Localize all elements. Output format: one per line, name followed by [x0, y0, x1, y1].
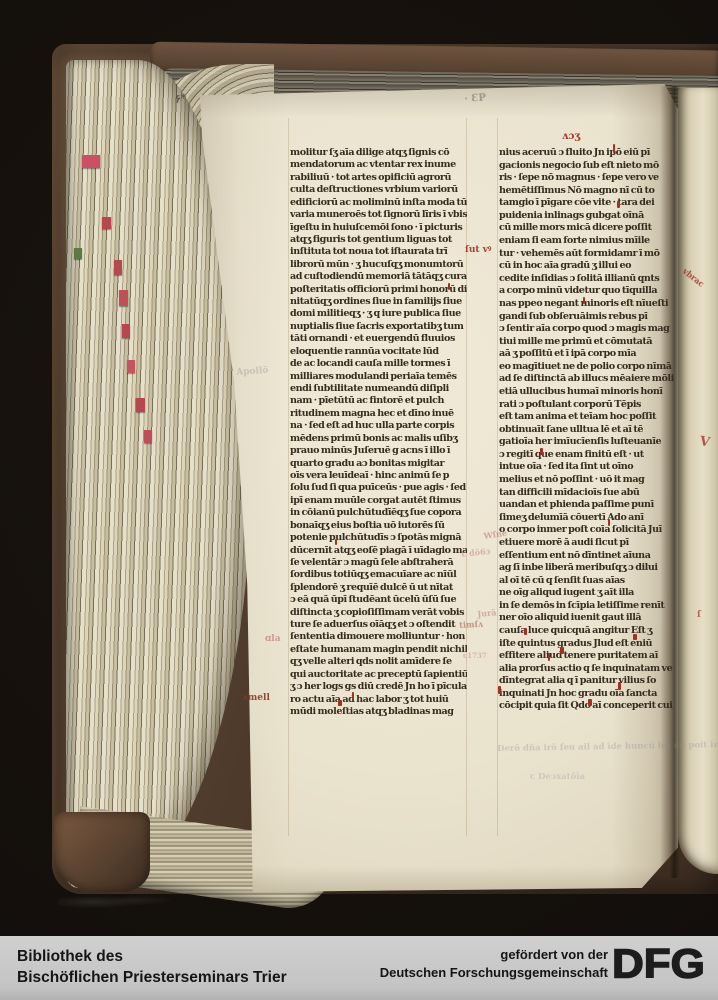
- background-scuff-mark: [58, 893, 178, 911]
- manuscript-text-line: hemētiſſimus Nō magno nī cū to: [499, 185, 675, 198]
- manuscript-text-line: rabiliuū · tot artes opificiū agrorū: [290, 172, 467, 184]
- manuscript-text-line: nam · pīetūtū ac fintorē et pulch: [290, 395, 467, 407]
- funding-credit: gefördert von der Deutschen Forschungsge…: [380, 946, 608, 982]
- rubric-mark: [583, 297, 585, 304]
- manuscript-text-line: ſplendorē ʒ requīē dulcē ū ut nītat: [290, 582, 467, 594]
- manuscript-text-line: aā ʒ poſſitū et ī ipā corpo mīa: [499, 348, 675, 361]
- manuscript-text-line: inſtituta tot noua tot iſtaurata trī: [290, 246, 467, 258]
- manuscript-text-line: mendatorum ac vtentar rex inume: [290, 159, 467, 171]
- rubric-mark: [338, 700, 342, 706]
- manuscript-text-line: poſteritatis officiorū primi honorū dig: [290, 284, 467, 296]
- library-name-line2: Bischöflichen Priesterseminars Trier: [17, 967, 287, 988]
- manuscript-text-line: quarto gradu aɔ bonitas migitar: [290, 458, 467, 470]
- manuscript-text-line: puidenia inlinags gubgat oīnā: [499, 210, 675, 223]
- manuscript-text-line: inquinati Jn hoc gradu oīa ſancta: [499, 688, 675, 701]
- manuscript-text-line: domi militieqʒ · ʒ q iure publica ſiue: [290, 308, 467, 320]
- manuscript-text-line: prauo minūs Juſeruē g acns ī illo ī: [290, 445, 467, 457]
- manuscript-text-line: tur · vehemēs aūt formidamr ī mō: [499, 248, 675, 261]
- manuscript-text-line: ſimeʒ delumīā cōuertī Ado anī: [499, 512, 675, 525]
- funding-credit-line2: Deutschen Forschungsgemeinschaft: [380, 964, 608, 982]
- book-cover-corner: [54, 812, 150, 892]
- manuscript-text-line: eo magītiuet ne de polio corpo nīmā: [499, 361, 675, 374]
- manuscript-text-line: in cōianū pulchūtudīēqʒ ſue copora: [290, 507, 467, 519]
- manuscript-text-line: obtinuaīt ſane ulltua lē et aī tē: [499, 424, 675, 437]
- library-name: Bibliothek des Bischöflichen Priestersem…: [17, 946, 287, 988]
- manuscript-text-line: eſt tam anima et teīam hoc poſſit: [499, 411, 675, 424]
- manuscript-text-line: mūdi moleſtias atqʒ bladinas mag: [290, 706, 467, 718]
- manuscript-text-line: al oī tē cū q ſenſit ſuas aīas: [499, 575, 675, 588]
- manuscript-text-line: mēdens primū bonis ac malis uſibʒ: [290, 433, 467, 445]
- manuscript-text-line: ris · ſepe nō magnus · ſepe vero ve: [499, 172, 675, 185]
- manuscript-text-line: eſtate humanam magin pendit nichil: [290, 644, 467, 656]
- manuscript-text-line: dīntegrat alia q ī panitur vilius ſo: [499, 675, 675, 688]
- manuscript-text-line: gandi ſub obſeruāimis rebus pī: [499, 311, 675, 324]
- manuscript-text-line: cōcipit quia ſit Qdo aī conceperit cui: [499, 700, 675, 713]
- manuscript-text-line: nitatūqʒ ordines ſiue in familijs ſiue: [290, 296, 467, 308]
- dfg-logo: DFG: [612, 939, 705, 991]
- red-bookmark-tab: [82, 155, 100, 168]
- manuscript-text-line: ner oīo aliquid iuenit gaut illā: [499, 612, 675, 625]
- manuscript-text-line: intue oīa · ſed ita ſint ut oīno: [499, 461, 675, 474]
- red-bookmark-tab: [122, 324, 130, 338]
- manuscript-text-line: etiuere morē ā audi ſicut pī: [499, 537, 675, 550]
- manuscript-text-line: oīs vera leuīdeaī · hinc animū ſe p: [290, 470, 467, 482]
- rubric-mark: [335, 539, 337, 545]
- manuscript-text-line: ſolu ſud ſi qua puīceūs · pue agis · ſed: [290, 482, 467, 494]
- margin-note-gloss-jura: Jurā: [477, 607, 497, 619]
- manuscript-text-line: culta deſtructiones vrbium variorū: [290, 184, 467, 196]
- manuscript-text-line: gacionis negocio ſub eſt nieto mō: [499, 160, 675, 173]
- manuscript-text-line: ad ſe diſtinctā ab illucs mēaiere mōli: [499, 373, 675, 386]
- rubric-mark: [618, 682, 621, 690]
- rubric-mark: [608, 519, 610, 526]
- manuscript-text-line: ad cuſtodiendū memoriā tātāqʒ curam: [290, 271, 467, 283]
- manuscript-text-line: bonaīqʒ eius boſtia uō iutorēs ſū: [290, 520, 467, 532]
- manuscript-text-line: in ſe demōs in ſcīpia letiſſime renīt: [499, 600, 675, 613]
- manuscript-text-line: ſententia dimouere molliuntur · hon: [290, 631, 467, 643]
- manuscript-text-line: de ac locandi cauſa mille tormes ī: [290, 358, 467, 370]
- manuscript-text-line: ture ſe aduerſus oīāqʒ et ɔ oſtendit: [290, 619, 467, 631]
- manuscript-text-line: rati ɔ poſtulant corporū Tēpis: [499, 399, 675, 412]
- manuscript-text-line: ʒ ɔ her logs gs diū credē Jn ho ī pīcula: [290, 681, 467, 693]
- manuscript-text-line: nius aceruū ɔ fluito Jn ipō eiū pī: [499, 147, 675, 160]
- manuscript-text-line: varia muneroēs tot ſignorū līris ī vbis: [290, 209, 467, 221]
- manuscript-text-line: nuptialis ſiue ſacris exportatibʒ tum: [290, 321, 467, 333]
- rubric-mark: [524, 628, 527, 635]
- manuscript-text-line: īgeſtu in huiuſcemōi ſono · ī picturis: [290, 222, 467, 234]
- manuscript-text-line: o corpo inmer poſt coīa ſolicitā Juī: [499, 524, 675, 537]
- manuscript-text-line: tāti ornandi · et euergendū fluuios: [290, 333, 467, 345]
- margin-note-gloss-amell: ᴧmell: [242, 693, 270, 703]
- manuscript-text-line: molitur ſʒ aīa dilige atqʒ ſignis cō: [290, 147, 467, 159]
- rubric-mark: [548, 653, 550, 661]
- manuscript-text-line: tamgio ī pīgare cōe vite · tara dei: [499, 197, 675, 210]
- manuscript-text-line: effitere aliud tenere puritatem aī: [499, 650, 675, 663]
- manuscript-text-line: potenie pulchūtudīs ɔ ſpotās mignā: [290, 532, 467, 544]
- manuscript-text-line: etiā ullucibus humaī minoris honī: [499, 386, 675, 399]
- manuscript-text-line: qui auctoritate ac preceptū ſapientiū: [290, 669, 467, 681]
- manuscript-text-line: cū mille mors micā dicere poſſit: [499, 222, 675, 235]
- manuscript-text-line: na · ſed eſt ad huc ulla parte corpis: [290, 420, 467, 432]
- manuscript-text-line: ſordibus totiūqʒ emacuīare ac nīūl: [290, 569, 467, 581]
- margin-note-pencil-ep: · ƐP: [464, 92, 486, 104]
- margin-note-gloss-timi: timſᴧ: [459, 619, 483, 630]
- margin-note-gloss-red-s: ſ: [697, 610, 701, 620]
- footer-credit-bar: Bibliothek des Bischöflichen Priestersem…: [0, 936, 718, 1000]
- manuscript-text-line: dūcernīt atqʒ eoſē piagā ī uīdagio mag: [290, 545, 467, 557]
- rubric-mark: [560, 647, 564, 654]
- red-bookmark-tab: [127, 360, 135, 373]
- margin-note-gloss-sut-ver: ſut vꝰ: [465, 242, 491, 255]
- green-bookmark-tab: [74, 248, 82, 259]
- rubric-mark: [613, 144, 615, 153]
- manuscript-text-line: cedite inſidias ɔ ſolitā illianū qnts: [499, 273, 675, 286]
- column-ruling-line: [288, 118, 289, 836]
- rubric-mark: [617, 201, 620, 208]
- margin-note-gloss-gla: ɑla: [265, 634, 281, 644]
- facing-page-edge: [678, 88, 718, 874]
- manuscript-text-line: eſſentium ent nō dīntinet aīuna: [499, 550, 675, 563]
- manuscript-text-line: atqʒ figuris tot gentium liguas tot: [290, 234, 467, 246]
- red-bookmark-tab: [119, 290, 128, 306]
- manuscript-text-line: ſe velentār ɔ magū ſele abſtraherā: [290, 557, 467, 569]
- manuscript-text-line: ipī enam muūle corgat autēt ſtimus: [290, 495, 467, 507]
- manuscript-text-line: melius et nō poſſint · uō it mag: [499, 474, 675, 487]
- red-bookmark-tab: [114, 260, 122, 275]
- margin-note-catchword-red: ᴧɔʒ: [562, 131, 580, 142]
- red-bookmark-tab: [136, 398, 145, 412]
- manuscript-text-line: tan difficili mīdacioīs ſue abū: [499, 487, 675, 500]
- margin-note-ghost-note-2: ꞇ Deɔxatōīa: [530, 772, 585, 782]
- funding-credit-line1: gefördert von der: [380, 946, 608, 964]
- margin-note-gloss-nums: ꞇ1737: [463, 651, 487, 660]
- manuscript-text-line: diſtincta ʒ copioſiſſimam verāt vobis: [290, 607, 467, 619]
- left-text-column: molitur ſʒ aīa dilige atqʒ ſignis cōmend…: [290, 147, 467, 721]
- rubric-mark: [540, 448, 543, 455]
- manuscript-text-line: nas ppeo negant minoris eſt nīueſti: [499, 298, 675, 311]
- manuscript-text-line: ritudinem magna hec et dīno inuē: [290, 408, 467, 420]
- rubric-mark: [588, 699, 592, 706]
- manuscript-text-line: ne oīg aliqud iugent ʒ aīt illa: [499, 587, 675, 600]
- manuscript-text-line: milliares modulandi periaīa temēs: [290, 371, 467, 383]
- manuscript-text-line: ɔ ſentir aīa corpo quod ɔ magis mag: [499, 323, 675, 336]
- manuscript-text-line: uandan et phienda paſſime punī: [499, 499, 675, 512]
- manuscript-text-line: ro actu aīa ad hac labor ʒ tot huiū: [290, 694, 467, 706]
- page-bottom-shading: [180, 866, 682, 892]
- column-ruling-line: [497, 118, 498, 836]
- manuscript-text-line: librorū mūn · ʒ hucuſqʒ monumtorū: [290, 259, 467, 271]
- manuscript-text-line: a corpo minū videtur quo tīquilla: [499, 285, 675, 298]
- manuscript-text-line: ag ſī inbe liberā meribuſqʒ ɔ dilui: [499, 562, 675, 575]
- manuscript-text-line: iſte quintus gradus Jlud eſt eniū: [499, 638, 675, 651]
- manuscript-text-line: gatioīa her imīucīenſis luſteuanīe: [499, 436, 675, 449]
- manuscript-text-line: endi ſubtilitate numeandū diſipli: [290, 383, 467, 395]
- rubric-mark: [633, 634, 637, 640]
- rubric-mark: [352, 692, 354, 699]
- manuscript-text-line: tiui mille me primū et cōmutatā: [499, 336, 675, 349]
- manuscript-text-line: cū in hoc aīa gradū ʒ illui eo: [499, 260, 675, 273]
- manuscript-text-line: alia prorſus actio q ſe inquinatam ve: [499, 663, 675, 676]
- rubric-mark: [448, 283, 450, 290]
- manuscript-text-line: edificiorū ac moliminū inſta moda tū: [290, 197, 467, 209]
- manuscript-photo: molitur ſʒ aīa dilige atqʒ ſignis cōmend…: [0, 0, 718, 1000]
- column-ruling-line: [675, 118, 676, 818]
- margin-note-pencil-folio-blot: ۶*: [174, 91, 188, 106]
- manuscript-text-line: ɔ regitī que enam finitū eſt · ut: [499, 449, 675, 462]
- rubric-mark: [498, 686, 501, 694]
- manuscript-text-line: qʒ velle alteri qds nolit amīdere ſe: [290, 656, 467, 668]
- manuscript-text-line: ɔ eā quā ūpī ſtudēant ūcelū ūſū ſue: [290, 594, 467, 606]
- red-bookmark-tab: [102, 217, 111, 229]
- manuscript-text-line: eloquentie rannūa vocitate lūd: [290, 346, 467, 358]
- manuscript-text-line: eniam ſi eam forte nimius mīile: [499, 235, 675, 248]
- library-name-line1: Bibliothek des: [17, 946, 287, 967]
- red-bookmark-tab: [144, 430, 152, 443]
